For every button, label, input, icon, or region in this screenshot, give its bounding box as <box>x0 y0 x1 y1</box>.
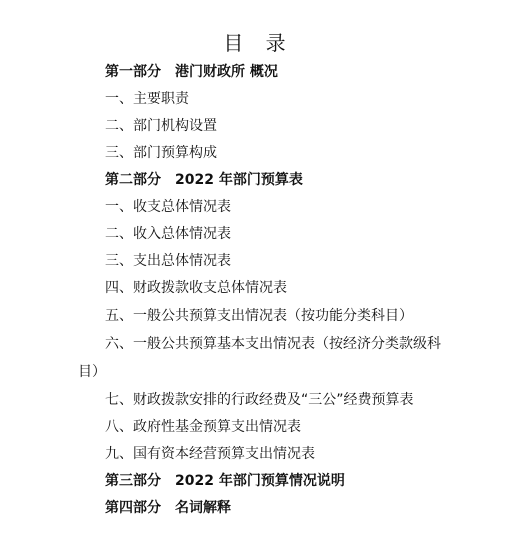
part-label: 第一部分 <box>105 64 161 80</box>
toc-item[interactable]: 三、部门预算构成 <box>105 143 217 163</box>
toc-item[interactable]: 三、支出总体情况表 <box>105 251 231 271</box>
part-title: 名词解释 <box>175 500 231 516</box>
part-label: 第四部分 <box>105 500 161 516</box>
toc-part-3[interactable]: 第三部分2022 年部门预算情况说明 <box>105 471 345 491</box>
toc-item[interactable]: 四、财政拨款收支总体情况表 <box>105 278 287 298</box>
toc-item[interactable]: 二、收入总体情况表 <box>105 224 231 244</box>
toc-part-2[interactable]: 第二部分2022 年部门预算表 <box>105 170 303 190</box>
part-title: 2022 年部门预算情况说明 <box>175 473 345 489</box>
toc-part-4[interactable]: 第四部分名词解释 <box>105 498 231 518</box>
toc-item[interactable]: 五、一般公共预算支出情况表（按功能分类科目） <box>105 306 413 326</box>
toc-item[interactable]: 一、主要职责 <box>105 89 189 109</box>
part-title: 2022 年部门预算表 <box>175 172 303 188</box>
toc-title: 目 录 <box>0 30 517 56</box>
part-title: 港门财政所 概况 <box>175 64 278 80</box>
toc-item[interactable]: 九、国有资本经营预算支出情况表 <box>105 444 315 464</box>
toc-item[interactable]: 六、一般公共预算基本支出情况表（按经济分类款级科 <box>105 334 441 354</box>
toc-item[interactable]: 一、收支总体情况表 <box>105 197 231 217</box>
toc-item[interactable]: 八、政府性基金预算支出情况表 <box>105 417 301 437</box>
part-label: 第三部分 <box>105 473 161 489</box>
toc-item[interactable]: 七、财政拨款安排的行政经费及“三公”经费预算表 <box>105 390 414 410</box>
part-label: 第二部分 <box>105 172 161 188</box>
toc-item[interactable]: 二、部门机构设置 <box>105 116 217 136</box>
toc-item-continuation[interactable]: 目） <box>78 362 106 382</box>
toc-part-1[interactable]: 第一部分港门财政所 概况 <box>105 62 278 82</box>
